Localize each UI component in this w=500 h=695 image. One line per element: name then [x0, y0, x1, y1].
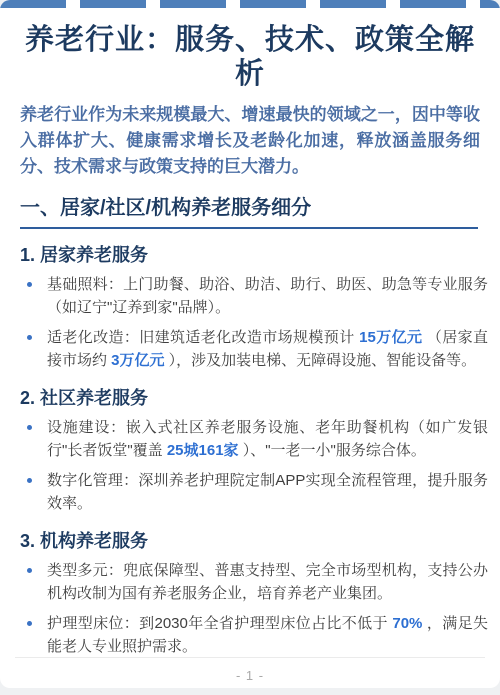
subsection-heading: 1. 居家养老服务 — [20, 241, 480, 267]
highlight-value: 15万亿元 — [359, 329, 422, 346]
bullet-text: 类型多元：兜底保障型、普惠支持型、完全市场型机构，支持公办机构改制为国有养老服务… — [47, 562, 488, 602]
intro-paragraph: 养老行业作为未来规模最大、增速最快的领域之一，因中等收入群体扩大、健康需求增长及… — [20, 102, 480, 180]
subsection-heading: 3. 机构养老服务 — [20, 527, 480, 553]
bullet-item: 适老化改造：旧建筑适老化改造市场规模预计 15万亿元 （居家直接市场约 3万亿元… — [20, 326, 488, 372]
highlight-value: 3万亿元 — [111, 352, 164, 369]
top-dashed-border — [0, 0, 500, 8]
bullet-item: 数字化管理：深圳养老护理院定制APP实现全流程管理，提升服务效率。 — [20, 469, 488, 515]
bullet-item: 类型多元：兜底保障型、普惠支持型、完全市场型机构，支持公办机构改制为国有养老服务… — [20, 559, 488, 605]
subsections: 1. 居家养老服务基础照料：上门助餐、助浴、助洁、助行、助医、助急等专业服务（如… — [0, 241, 500, 658]
bullet-text: 基础照料：上门助餐、助浴、助洁、助行、助医、助急等专业服务（如辽宁"辽养到家"品… — [47, 276, 488, 316]
bullet-list: 设施建设：嵌入式社区养老服务设施、老年助餐机构（如广发银行"长者饭堂"覆盖 25… — [20, 416, 488, 515]
bullet-dot-icon — [27, 478, 32, 483]
bullet-item: 设施建设：嵌入式社区养老服务设施、老年助餐机构（如广发银行"长者饭堂"覆盖 25… — [20, 416, 488, 462]
bullet-dot-icon — [27, 568, 32, 573]
bullet-item: 基础照料：上门助餐、助浴、助洁、助行、助医、助急等专业服务（如辽宁"辽养到家"品… — [20, 273, 488, 319]
section-heading: 一、居家/社区/机构养老服务细分 — [20, 191, 478, 229]
bullet-dot-icon — [27, 282, 32, 287]
bullet-dot-icon — [27, 425, 32, 430]
document-page: 养老行业：服务、技术、政策全解析 养老行业作为未来规模最大、增速最快的领域之一，… — [0, 0, 500, 688]
bullet-list: 基础照料：上门助餐、助浴、助洁、助行、助医、助急等专业服务（如辽宁"辽养到家"品… — [20, 273, 488, 372]
footer: - 1 - — [0, 657, 500, 683]
bullet-text: 护理型床位：到2030年全省护理型床位占比不低于 — [47, 615, 392, 632]
highlight-value: 70% — [392, 615, 422, 632]
highlight-value: 25城161家 — [167, 442, 239, 459]
page-number: - 1 - — [0, 668, 500, 683]
footer-divider — [15, 657, 485, 658]
bullet-item: 护理型床位：到2030年全省护理型床位占比不低于 70% ，满足失能老人专业照护… — [20, 612, 488, 658]
bullet-text: ），涉及加装电梯、无障碍设施、智能设备等。 — [165, 352, 477, 369]
bullet-text: ）、"一老一小"服务综合体。 — [239, 442, 426, 459]
bullet-list: 类型多元：兜底保障型、普惠支持型、完全市场型机构，支持公办机构改制为国有养老服务… — [20, 559, 488, 658]
bullet-text: 数字化管理：深圳养老护理院定制APP实现全流程管理，提升服务效率。 — [47, 472, 488, 512]
subsection-heading: 2. 社区养老服务 — [20, 384, 480, 410]
bullet-dot-icon — [27, 335, 32, 340]
bullet-text: 适老化改造：旧建筑适老化改造市场规模预计 — [47, 329, 359, 346]
bullet-dot-icon — [27, 621, 32, 626]
page-title: 养老行业：服务、技术、政策全解析 — [18, 23, 482, 91]
